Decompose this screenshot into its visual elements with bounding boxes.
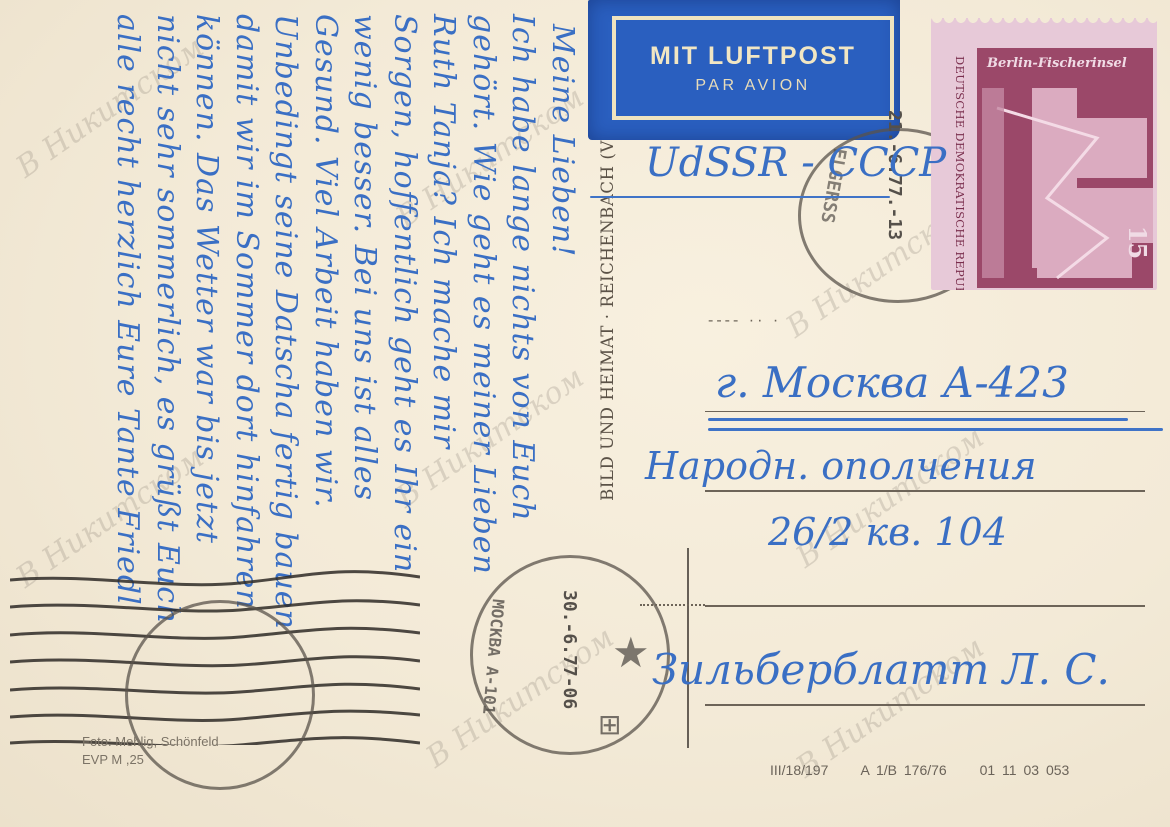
photo-credit: Foto: Mehlig, Schönfeld <box>82 733 219 751</box>
dotted-separator <box>640 604 705 606</box>
stamp-country: DEUTSCHE DEMOKRATISCHE REPUBLIK <box>947 56 967 286</box>
arrival-postmark-date: 30.-6.77-06 <box>559 590 580 709</box>
airmail-label-title: MIT LUFTPOST <box>650 42 856 71</box>
postcard: В Никитском В Никитском В Никитском В Ни… <box>0 0 1170 827</box>
photo-credits: Foto: Mehlig, Schönfeld EVP M ,25 <box>82 733 219 769</box>
country-underline <box>590 196 890 198</box>
address-line-4 <box>705 704 1145 706</box>
airmail-label-subtitle: PAR AVION <box>695 77 810 95</box>
grid-mark-icon: ⊞ <box>598 708 621 741</box>
print-code: A 1/B 176/76 <box>861 762 947 778</box>
star-icon: ★ <box>612 628 650 677</box>
print-code: 01 11 03 053 <box>980 762 1070 778</box>
stamp-title: Berlin-Fischerinsel <box>987 56 1127 71</box>
address-line-3 <box>705 605 1145 607</box>
address-recipient: Зильберблатт Л. С. <box>652 645 1110 694</box>
dotted-marker: ---- ·· · <box>708 312 781 330</box>
letter-line: Ruth Tanja? Ich mache mir <box>424 14 464 827</box>
stamp-value: 15 <box>1123 226 1152 259</box>
city-underline-2 <box>708 428 1163 431</box>
print-code: III/18/197 <box>770 762 828 778</box>
address-country: UdSSR - CCCP <box>645 140 946 186</box>
city-underline-1 <box>708 418 1128 421</box>
address-city: г. Москва А-423 <box>715 358 1069 407</box>
address-line-2 <box>705 490 1145 492</box>
address-street: Народн. ополчения <box>645 444 1037 488</box>
airmail-label: MIT LUFTPOST PAR AVION <box>588 0 900 140</box>
address-line-1 <box>705 411 1145 412</box>
address-house: 26/2 кв. 104 <box>768 510 1007 554</box>
printed-codes: III/18/197 A 1/B 176/76 01 11 03 053 <box>770 762 1095 778</box>
price-label: EVP M ,25 <box>82 751 219 769</box>
postage-stamp: DEUTSCHE DEMOKRATISCHE REPUBLIK Berlin-F… <box>931 18 1157 290</box>
